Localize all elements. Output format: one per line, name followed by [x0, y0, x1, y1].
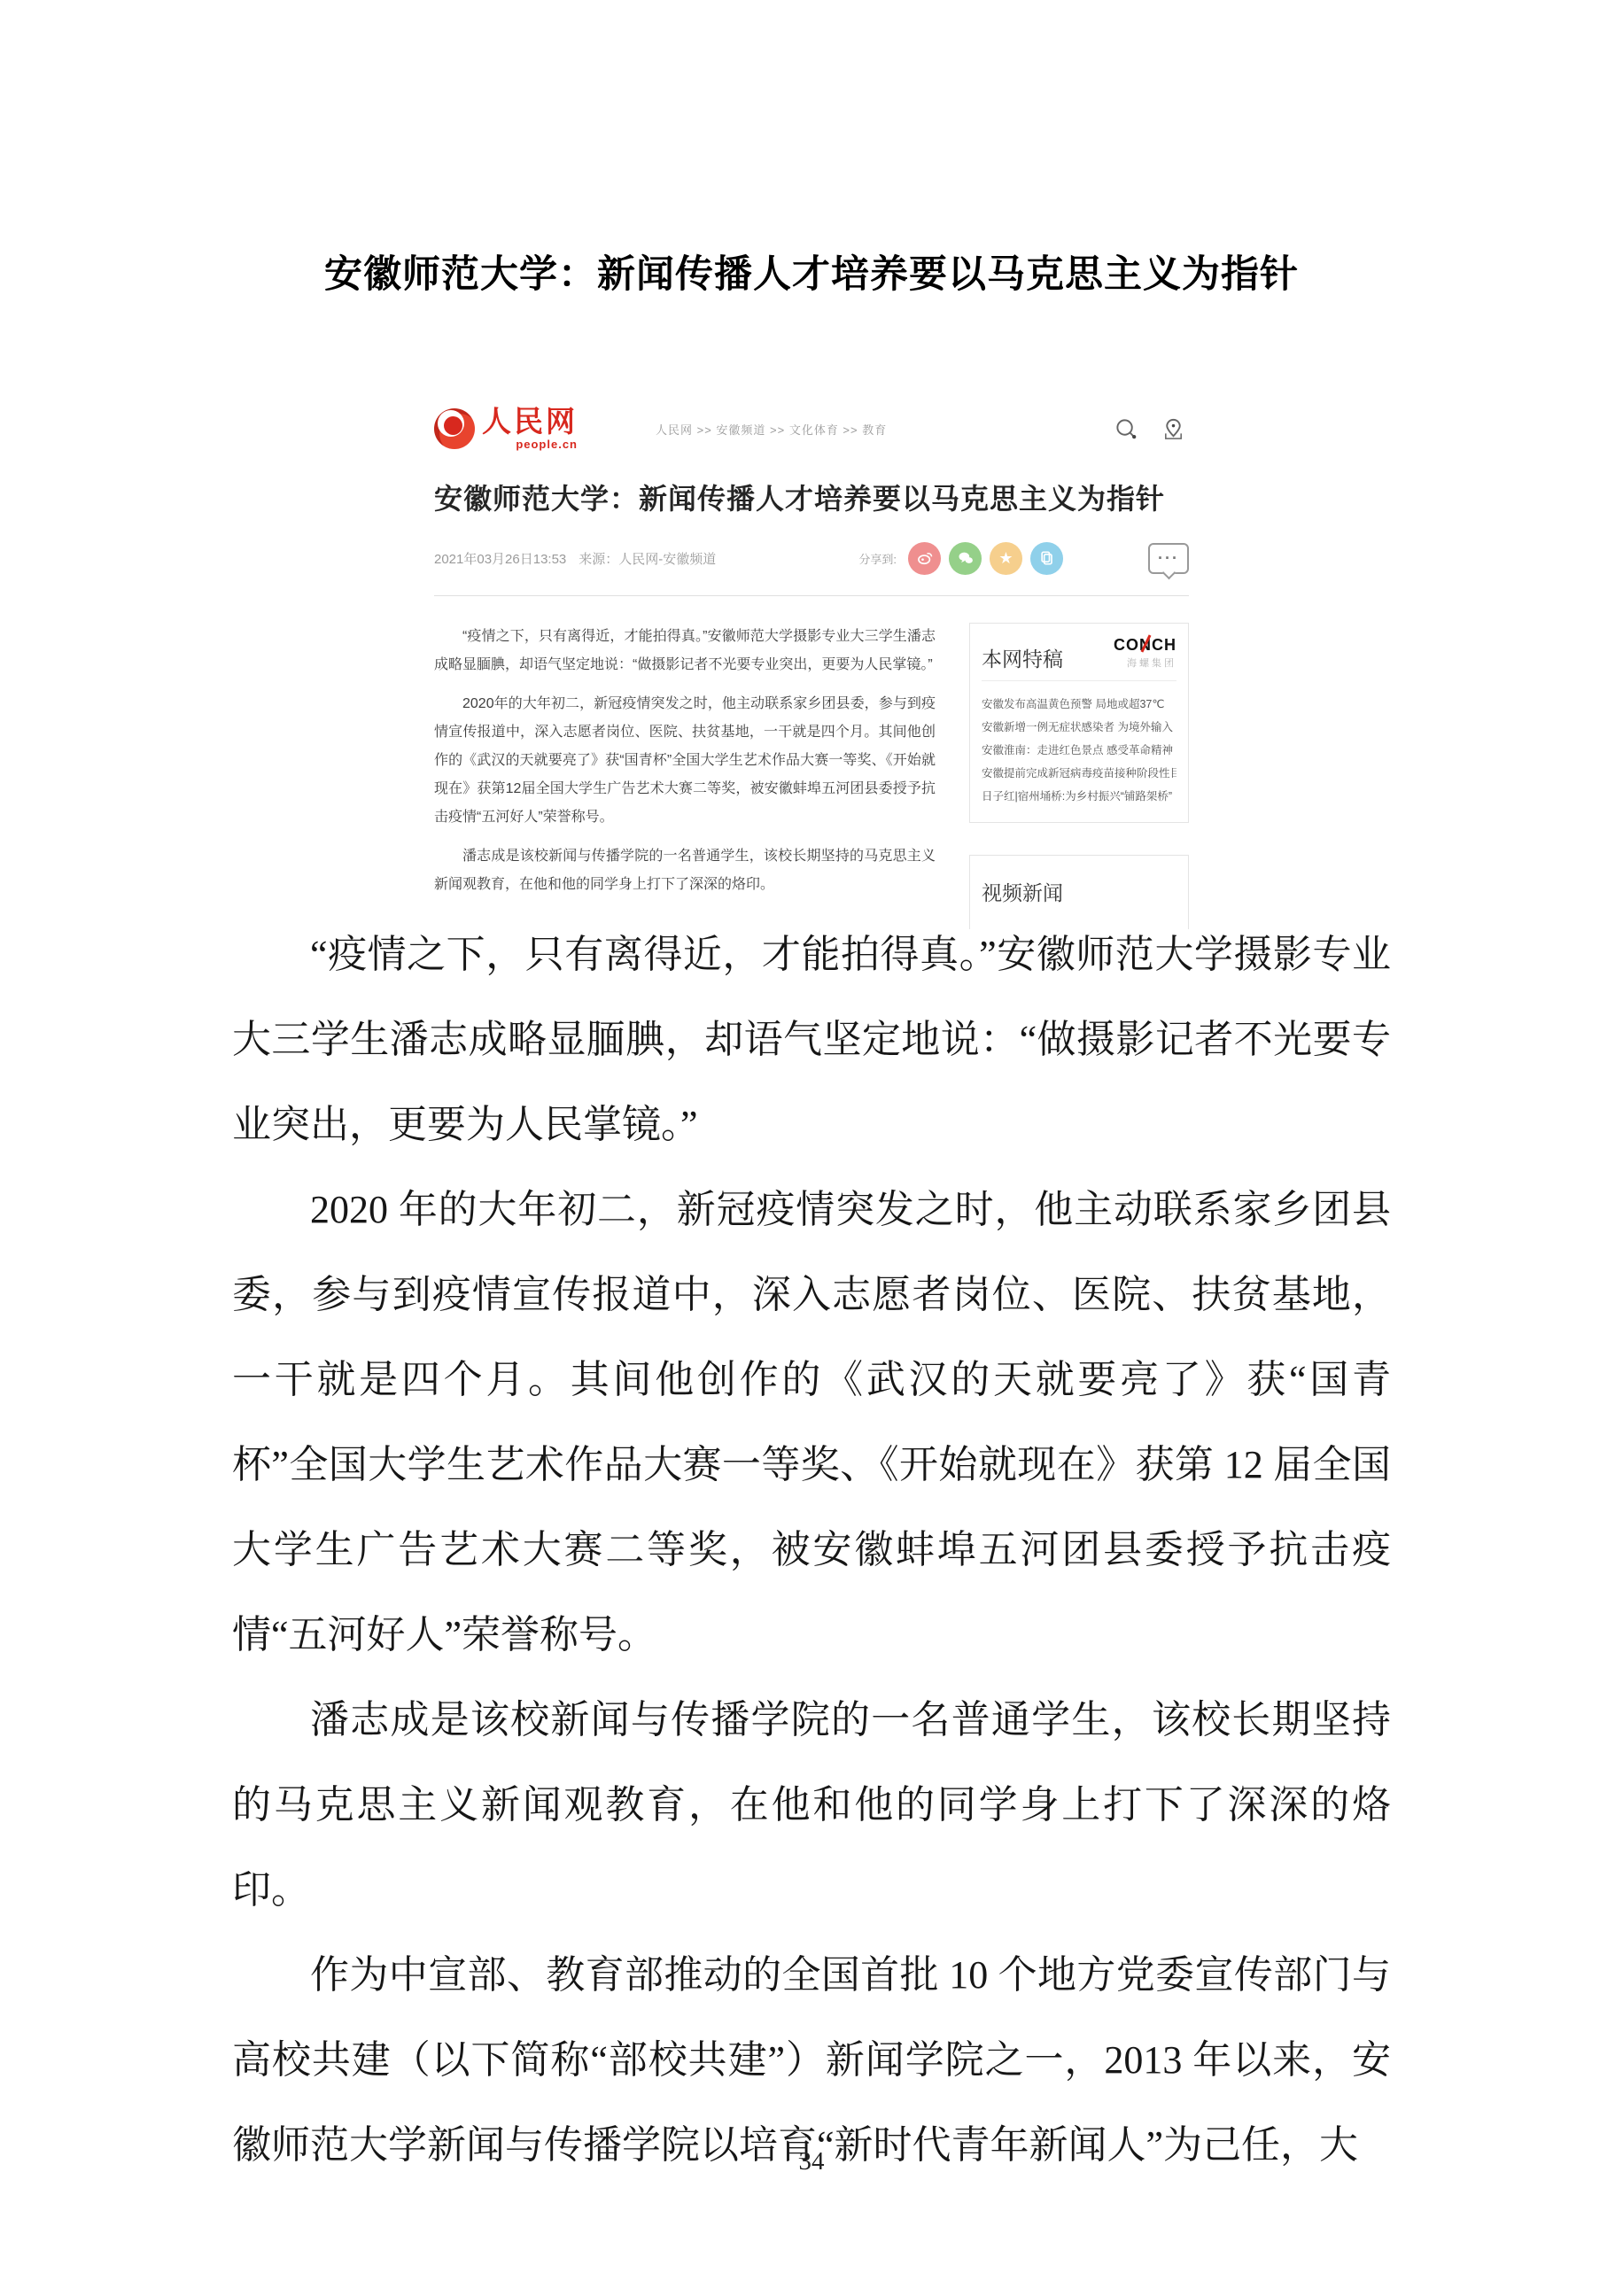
- meta-divider: [434, 595, 1189, 596]
- article-paragraph: “疫情之下，只有离得近，才能拍得真。”安徽师范大学摄影专业大三学生潘志成略显腼腆…: [434, 623, 936, 679]
- peoplecn-logo[interactable]: 人民网 people.cn: [434, 407, 578, 451]
- qzone-star-share-icon[interactable]: ★: [990, 542, 1022, 575]
- body-paragraph: 2020 年的大年初二，新冠疫情突发之时，他主动联系家乡团县委，参与到疫情宣传报…: [232, 1167, 1391, 1678]
- page-number: 34: [0, 2147, 1623, 2176]
- sidebar-link[interactable]: 安徽发布高温黄色预警 局地或超37℃: [982, 693, 1176, 716]
- logo-chinese-text: 人民网: [482, 407, 578, 438]
- conch-subtitle: 海螺集团: [1127, 658, 1176, 669]
- search-icon[interactable]: [1114, 417, 1138, 441]
- sidebar: 本网特稿 CONCH 海螺集团 安徽发布高温黄色预警 局地或超37℃ 安徽新增一…: [969, 623, 1189, 929]
- share-label: 分享到:: [858, 550, 897, 567]
- comment-bubble-icon[interactable]: ···: [1148, 543, 1189, 574]
- site-header: 人民网 people.cn 人民网 >> 安徽频道 >> 文化体育 >> 教育: [434, 400, 1189, 457]
- video-news-title: 视频新闻: [982, 881, 1063, 904]
- sidebar-link[interactable]: 安徽提前完成新冠病毒疫苗接种阶段性目标: [982, 762, 1176, 785]
- logo-domain-text: people.cn: [516, 438, 578, 451]
- peoplecn-globe-icon: [434, 408, 475, 449]
- body-paragraph: 潘志成是该校新闻与传播学院的一名普通学生，该校长期坚持的马克思主义新闻观教育，在…: [232, 1678, 1391, 1933]
- article-source: 来源：人民网-安徽频道: [579, 549, 716, 568]
- sidebar-link[interactable]: 安徽新增一例无症状感染者 为境外输入: [982, 716, 1176, 739]
- article-body: “疫情之下，只有离得近，才能拍得真。”安徽师范大学摄影专业大三学生潘志成略显腼腆…: [434, 623, 936, 929]
- sidebar-link[interactable]: 日子红|宿州埇桥:为乡村振兴“铺路架桥”: [982, 785, 1176, 808]
- body-paragraph: “疫情之下，只有离得近，才能拍得真。”安徽师范大学摄影专业大三学生潘志成略显腼腆…: [232, 912, 1391, 1167]
- breadcrumb[interactable]: 人民网 >> 安徽频道 >> 文化体育 >> 教育: [656, 421, 887, 438]
- sidebar-link[interactable]: 安徽淮南：走进红色景点 感受革命精神: [982, 739, 1176, 762]
- featured-title: 本网特稿: [982, 643, 1063, 672]
- weibo-share-icon[interactable]: [908, 542, 941, 575]
- share-bar: 分享到: ★: [858, 542, 1063, 575]
- embedded-webpage-screenshot: 人民网 people.cn 人民网 >> 安徽频道 >> 文化体育 >> 教育 …: [434, 400, 1189, 929]
- article-meta-row: 2021年03月26日13:53 来源：人民网-安徽频道 分享到: ★: [434, 540, 1189, 576]
- conch-logo[interactable]: CONCH 海螺集团: [1114, 636, 1176, 671]
- article-date: 2021年03月26日13:53: [434, 549, 566, 568]
- location-pin-icon[interactable]: [1161, 417, 1185, 441]
- article-paragraph: 2020年的大年初二，新冠疫情突发之时，他主动联系家乡团县委，参与到疫情宣传报道…: [434, 690, 936, 832]
- article-paragraph: 潘志成是该校新闻与传播学院的一名普通学生，该校长期坚持的马克思主义新闻观教育，在…: [434, 842, 936, 899]
- featured-news-box: 本网特稿 CONCH 海螺集团 安徽发布高温黄色预警 局地或超37℃ 安徽新增一…: [969, 623, 1189, 823]
- featured-divider: [982, 680, 1176, 681]
- wechat-share-icon[interactable]: [949, 542, 982, 575]
- document-body: “疫情之下，只有离得近，才能拍得真。”安徽师范大学摄影专业大三学生潘志成略显腼腆…: [232, 912, 1391, 2188]
- article-title: 安徽师范大学：新闻传播人才培养要以马克思主义为指针: [434, 477, 1189, 517]
- page-title: 安徽师范大学：新闻传播人才培养要以马克思主义为指针: [0, 244, 1623, 299]
- copy-share-icon[interactable]: [1030, 542, 1063, 575]
